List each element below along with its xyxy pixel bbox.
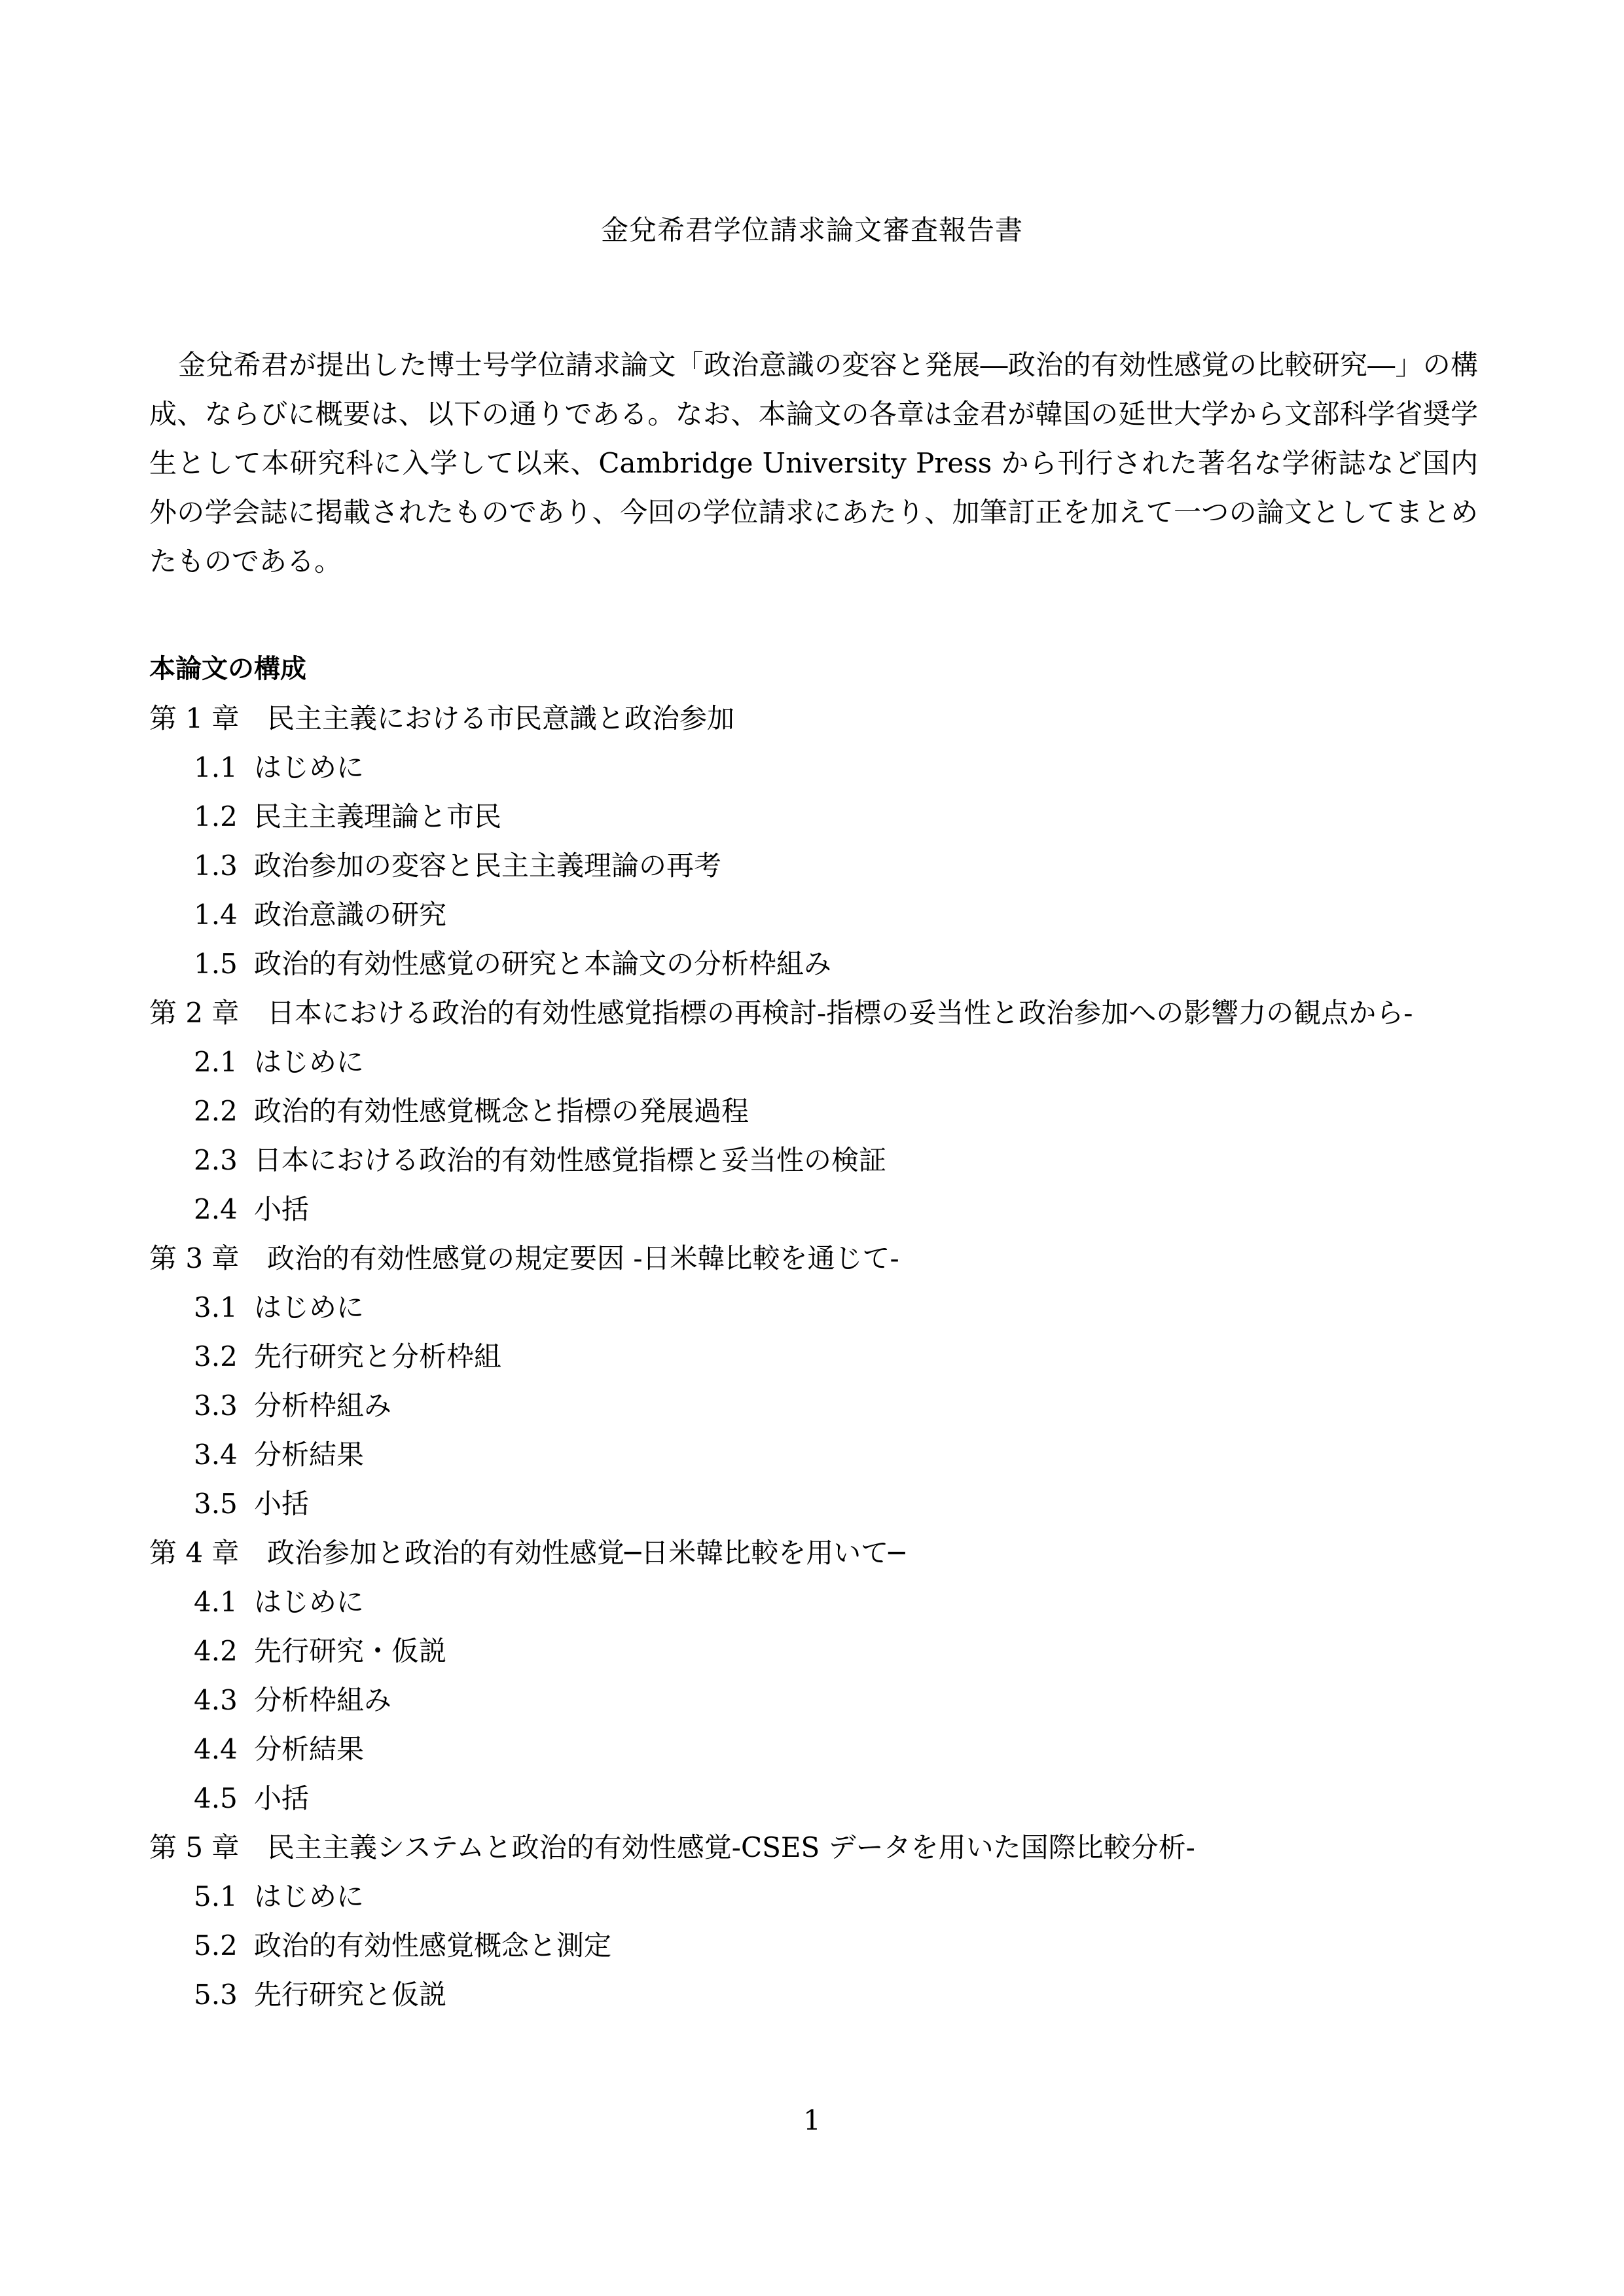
section-title: 政治的有効性感覚概念と指標の発展過程 xyxy=(254,1095,749,1127)
report-title: 金兌希君学位請求論文審査報告書 xyxy=(0,211,1624,250)
section-4-2: 4.2先行研究・仮説 xyxy=(149,1626,1485,1676)
section-title: はじめに xyxy=(254,751,364,783)
section-title: 先行研究・仮説 xyxy=(254,1635,446,1667)
section-title: 分析結果 xyxy=(254,1733,364,1765)
section-5-1: 5.1はじめに xyxy=(149,1872,1485,1921)
chapter-2: 第 2 章 日本における政治的有効性感覚指標の再検討-指標の妥当性と政治参加への… xyxy=(149,988,1485,1037)
section-title: 先行研究と分析枠組 xyxy=(254,1340,501,1372)
section-title: はじめに xyxy=(254,1586,364,1618)
section-title: 日本における政治的有効性感覚指標と妥当性の検証 xyxy=(254,1144,886,1176)
section-number: 2.3 xyxy=(194,1136,254,1185)
section-number: 1.5 xyxy=(194,939,254,988)
section-title: 政治参加の変容と民主主義理論の再考 xyxy=(254,850,721,882)
toc-heading: 本論文の構成 xyxy=(149,645,1485,694)
section-2-3: 2.3日本における政治的有効性感覚指標と妥当性の検証 xyxy=(149,1136,1485,1185)
section-number: 1.2 xyxy=(194,792,254,841)
section-1-1: 1.1はじめに xyxy=(149,743,1485,792)
section-number: 4.5 xyxy=(194,1774,254,1823)
section-4-3: 4.3分析枠組み xyxy=(149,1676,1485,1725)
section-number: 4.2 xyxy=(194,1626,254,1676)
intro-paragraph: 金兌希君が提出した博士号学位請求論文「政治意識の変容と発展―政治的有効性感覚の比… xyxy=(149,340,1478,586)
section-5-2: 5.2政治的有効性感覚概念と測定 xyxy=(149,1921,1485,1970)
chapter-label: 第 3 章 xyxy=(149,1234,267,1283)
section-number: 1.4 xyxy=(194,890,254,939)
section-title: 小括 xyxy=(254,1193,309,1225)
section-3-5: 3.5小括 xyxy=(149,1479,1485,1528)
section-number: 1.3 xyxy=(194,841,254,890)
section-number: 4.4 xyxy=(194,1725,254,1774)
chapter-4: 第 4 章 政治参加と政治的有効性感覚─日米韓比較を用いて─ xyxy=(149,1528,1485,1577)
section-title: 小括 xyxy=(254,1782,309,1814)
intro-section: 金兌希君が提出した博士号学位請求論文「政治意識の変容と発展―政治的有効性感覚の比… xyxy=(149,340,1478,586)
chapter-title: 政治参加と政治的有効性感覚─日米韓比較を用いて─ xyxy=(267,1528,1485,1577)
chapter-title: 政治的有効性感覚の規定要因 -日米韓比較を通じて- xyxy=(267,1234,1485,1283)
page-number: 1 xyxy=(0,2101,1624,2140)
section-number: 3.5 xyxy=(194,1479,254,1528)
section-3-4: 3.4分析結果 xyxy=(149,1430,1485,1479)
chapter-label: 第 2 章 xyxy=(149,988,267,1037)
table-of-contents: 本論文の構成 第 1 章 民主主義における市民意識と政治参加 1.1はじめに 1… xyxy=(149,645,1485,2019)
section-number: 2.4 xyxy=(194,1185,254,1234)
section-number: 5.3 xyxy=(194,1970,254,2019)
document-page: 金兌希君学位請求論文審査報告書 金兌希君が提出した博士号学位請求論文「政治意識の… xyxy=(0,0,1624,2296)
section-title: 先行研究と仮説 xyxy=(254,1979,446,2011)
section-number: 3.2 xyxy=(194,1332,254,1381)
chapter-title: 民主主義における市民意識と政治参加 xyxy=(267,694,1485,743)
section-1-4: 1.4政治意識の研究 xyxy=(149,890,1485,939)
section-4-5: 4.5小括 xyxy=(149,1774,1485,1823)
section-3-3: 3.3分析枠組み xyxy=(149,1381,1485,1430)
section-title: 民主主義理論と市民 xyxy=(254,800,501,833)
section-number: 2.2 xyxy=(194,1086,254,1136)
section-number: 3.4 xyxy=(194,1430,254,1479)
section-2-4: 2.4小括 xyxy=(149,1185,1485,1234)
section-number: 3.3 xyxy=(194,1381,254,1430)
section-title: 分析枠組み xyxy=(254,1390,391,1422)
section-4-1: 4.1はじめに xyxy=(149,1577,1485,1626)
section-number: 3.1 xyxy=(194,1283,254,1332)
chapter-title: 日本における政治的有効性感覚指標の再検討-指標の妥当性と政治参加への影響力の観点… xyxy=(267,988,1485,1037)
section-5-3: 5.3先行研究と仮説 xyxy=(149,1970,1485,2019)
chapter-label: 第 1 章 xyxy=(149,694,267,743)
chapter-label: 第 4 章 xyxy=(149,1528,267,1577)
section-1-3: 1.3政治参加の変容と民主主義理論の再考 xyxy=(149,841,1485,890)
chapter-5: 第 5 章 民主主義システムと政治的有効性感覚-CSES データを用いた国際比較… xyxy=(149,1823,1485,1872)
section-title: 小括 xyxy=(254,1488,309,1520)
section-title: 分析枠組み xyxy=(254,1684,391,1716)
section-3-2: 3.2先行研究と分析枠組 xyxy=(149,1332,1485,1381)
section-number: 4.1 xyxy=(194,1577,254,1626)
section-number: 5.2 xyxy=(194,1921,254,1970)
section-title: 政治意識の研究 xyxy=(254,899,446,931)
section-number: 2.1 xyxy=(194,1037,254,1086)
section-title: はじめに xyxy=(254,1046,364,1078)
section-number: 4.3 xyxy=(194,1676,254,1725)
section-2-2: 2.2政治的有効性感覚概念と指標の発展過程 xyxy=(149,1086,1485,1136)
section-number: 5.1 xyxy=(194,1872,254,1921)
chapter-title: 民主主義システムと政治的有効性感覚-CSES データを用いた国際比較分析- xyxy=(267,1823,1485,1872)
section-4-4: 4.4分析結果 xyxy=(149,1725,1485,1774)
section-title: はじめに xyxy=(254,1291,364,1323)
section-2-1: 2.1はじめに xyxy=(149,1037,1485,1086)
section-title: 政治的有効性感覚概念と測定 xyxy=(254,1929,611,1962)
chapter-1: 第 1 章 民主主義における市民意識と政治参加 xyxy=(149,694,1485,743)
chapter-3: 第 3 章 政治的有効性感覚の規定要因 -日米韓比較を通じて- xyxy=(149,1234,1485,1283)
section-1-2: 1.2民主主義理論と市民 xyxy=(149,792,1485,841)
chapter-label: 第 5 章 xyxy=(149,1823,267,1872)
section-title: 分析結果 xyxy=(254,1439,364,1471)
section-title: はじめに xyxy=(254,1880,364,1912)
section-3-1: 3.1はじめに xyxy=(149,1283,1485,1332)
section-number: 1.1 xyxy=(194,743,254,792)
section-title: 政治的有効性感覚の研究と本論文の分析枠組み xyxy=(254,948,831,980)
section-1-5: 1.5政治的有効性感覚の研究と本論文の分析枠組み xyxy=(149,939,1485,988)
